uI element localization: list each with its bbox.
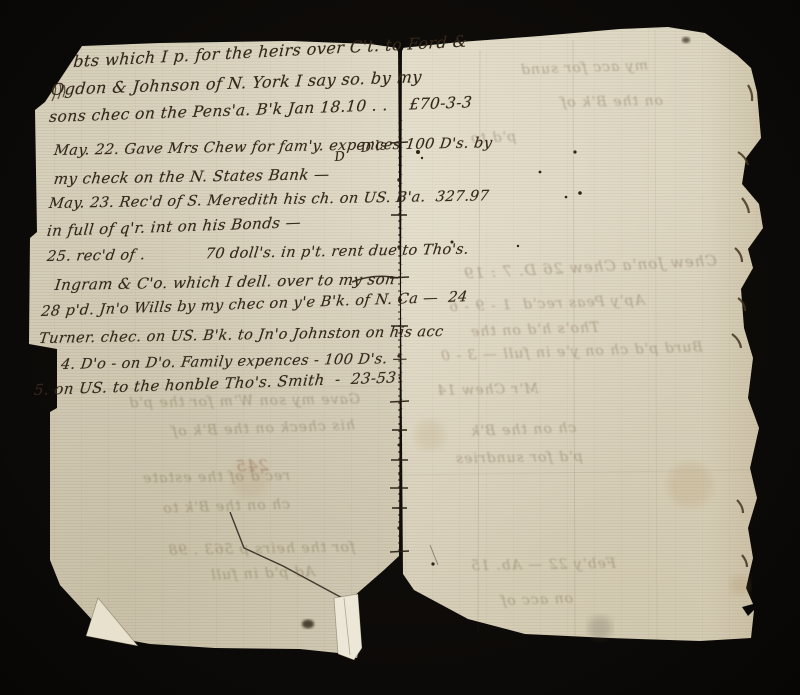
handwriting-line: bts which I p. for the heirs over C't. t… — [73, 31, 469, 71]
manuscript-scan: bts which I p. for the heirs over C't. t… — [0, 0, 800, 695]
show-through-line: for the heirs p 563 . 98 — [75, 540, 355, 561]
handwriting-layer: bts which I p. for the heirs over C't. t… — [0, 0, 800, 695]
handwriting-line: Ingram & C'o. which I dell. over to my s… — [54, 270, 397, 294]
handwriting-float-mark: D — [334, 149, 346, 165]
show-through-line: ch on the B'k to — [90, 497, 290, 520]
show-through-line: rec'd of the estate — [70, 468, 290, 488]
show-through-line: on acc of — [500, 591, 573, 610]
show-through-line: Chew Jon'a Chew 26 D. 7 : 19 — [463, 251, 717, 282]
show-through-line: Feb'y 22 — Ab. 15 — [470, 556, 616, 575]
handwriting-line: my check on the N. States Bank — — [53, 165, 331, 188]
handwriting-line: May. 22. Gave Mrs Chew for fam'y. expenc… — [53, 135, 493, 159]
handwriting-line: 28 p'd. Jn'o Wills by my chec on y'e B'k… — [40, 289, 468, 320]
handwriting-line: Ogdon & Johnson of N. York I say so. by … — [50, 67, 422, 99]
handwriting-line: in full of q'r. int on his Bonds — — [46, 213, 302, 240]
handwriting-line: May. 23. Rec'd of S. Meredith his ch. on… — [48, 188, 490, 212]
show-through-line: Ad p'd in full — [85, 564, 315, 588]
show-through-line: p'd for sundries — [455, 449, 583, 467]
handwriting-line: 25. rec'd of . 70 doll's. in p't. rent d… — [46, 242, 470, 265]
handwriting-line: sons chec on the Pens'a. B'k Jan 18.10 .… — [48, 93, 473, 126]
show-through-line: his check on the B'k of — [95, 417, 355, 442]
handwriting-float-mark: D'ls — [360, 138, 388, 156]
show-through-line: M'r Chew 14 — [436, 381, 539, 399]
show-through-line: Ap'y Peas rec'd 1 - 9 - 6 — [448, 293, 645, 316]
show-through-line: Tho's h'd on the — [470, 320, 600, 341]
handwriting-line: Turner. chec. on US. B'k. to Jn'o Johnst… — [38, 324, 444, 347]
show-through-line: ch on the B'k — [470, 420, 577, 440]
show-through-line: Burd p'd ch on y'e in full — 3 - 0 — [440, 339, 703, 364]
show-through-line: p'd to — [470, 129, 517, 147]
show-through-line: my acc for sund — [520, 58, 649, 78]
show-through-line: on the B'k of — [560, 93, 663, 111]
